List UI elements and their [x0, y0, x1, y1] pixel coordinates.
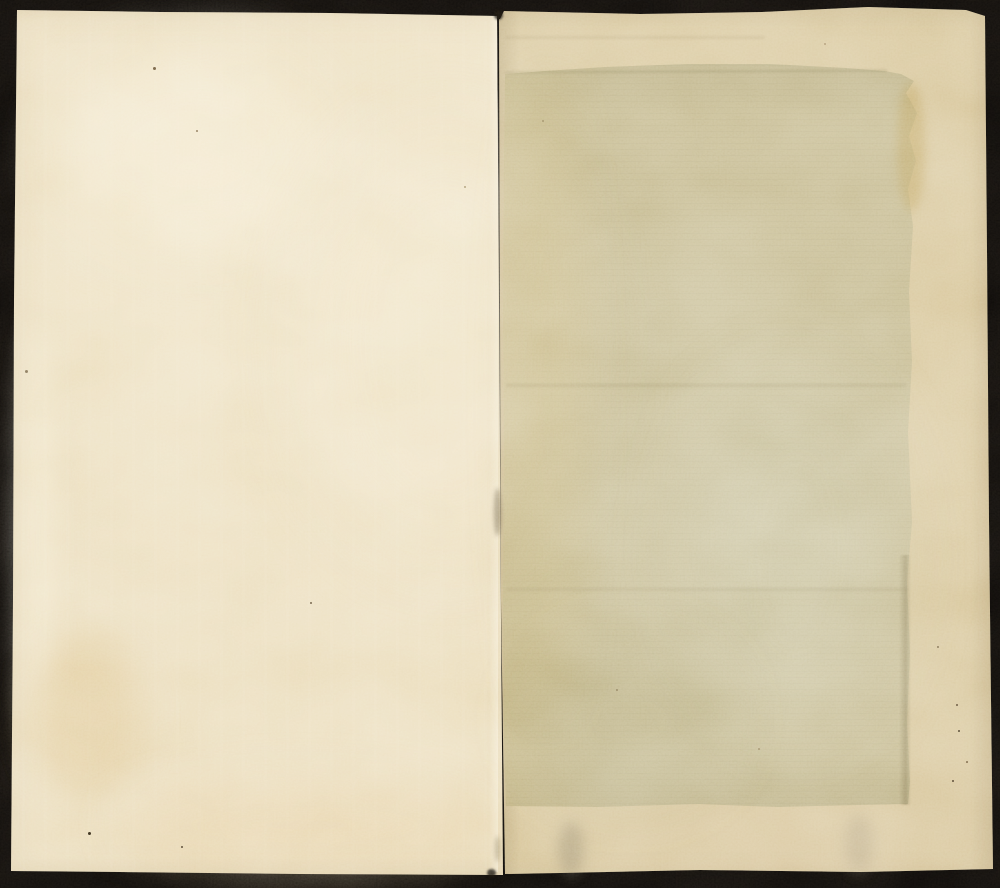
- fold-edge-highlight: [489, 16, 498, 872]
- green-sheet-right-seam: [899, 555, 911, 805]
- book-scan: [0, 0, 1000, 888]
